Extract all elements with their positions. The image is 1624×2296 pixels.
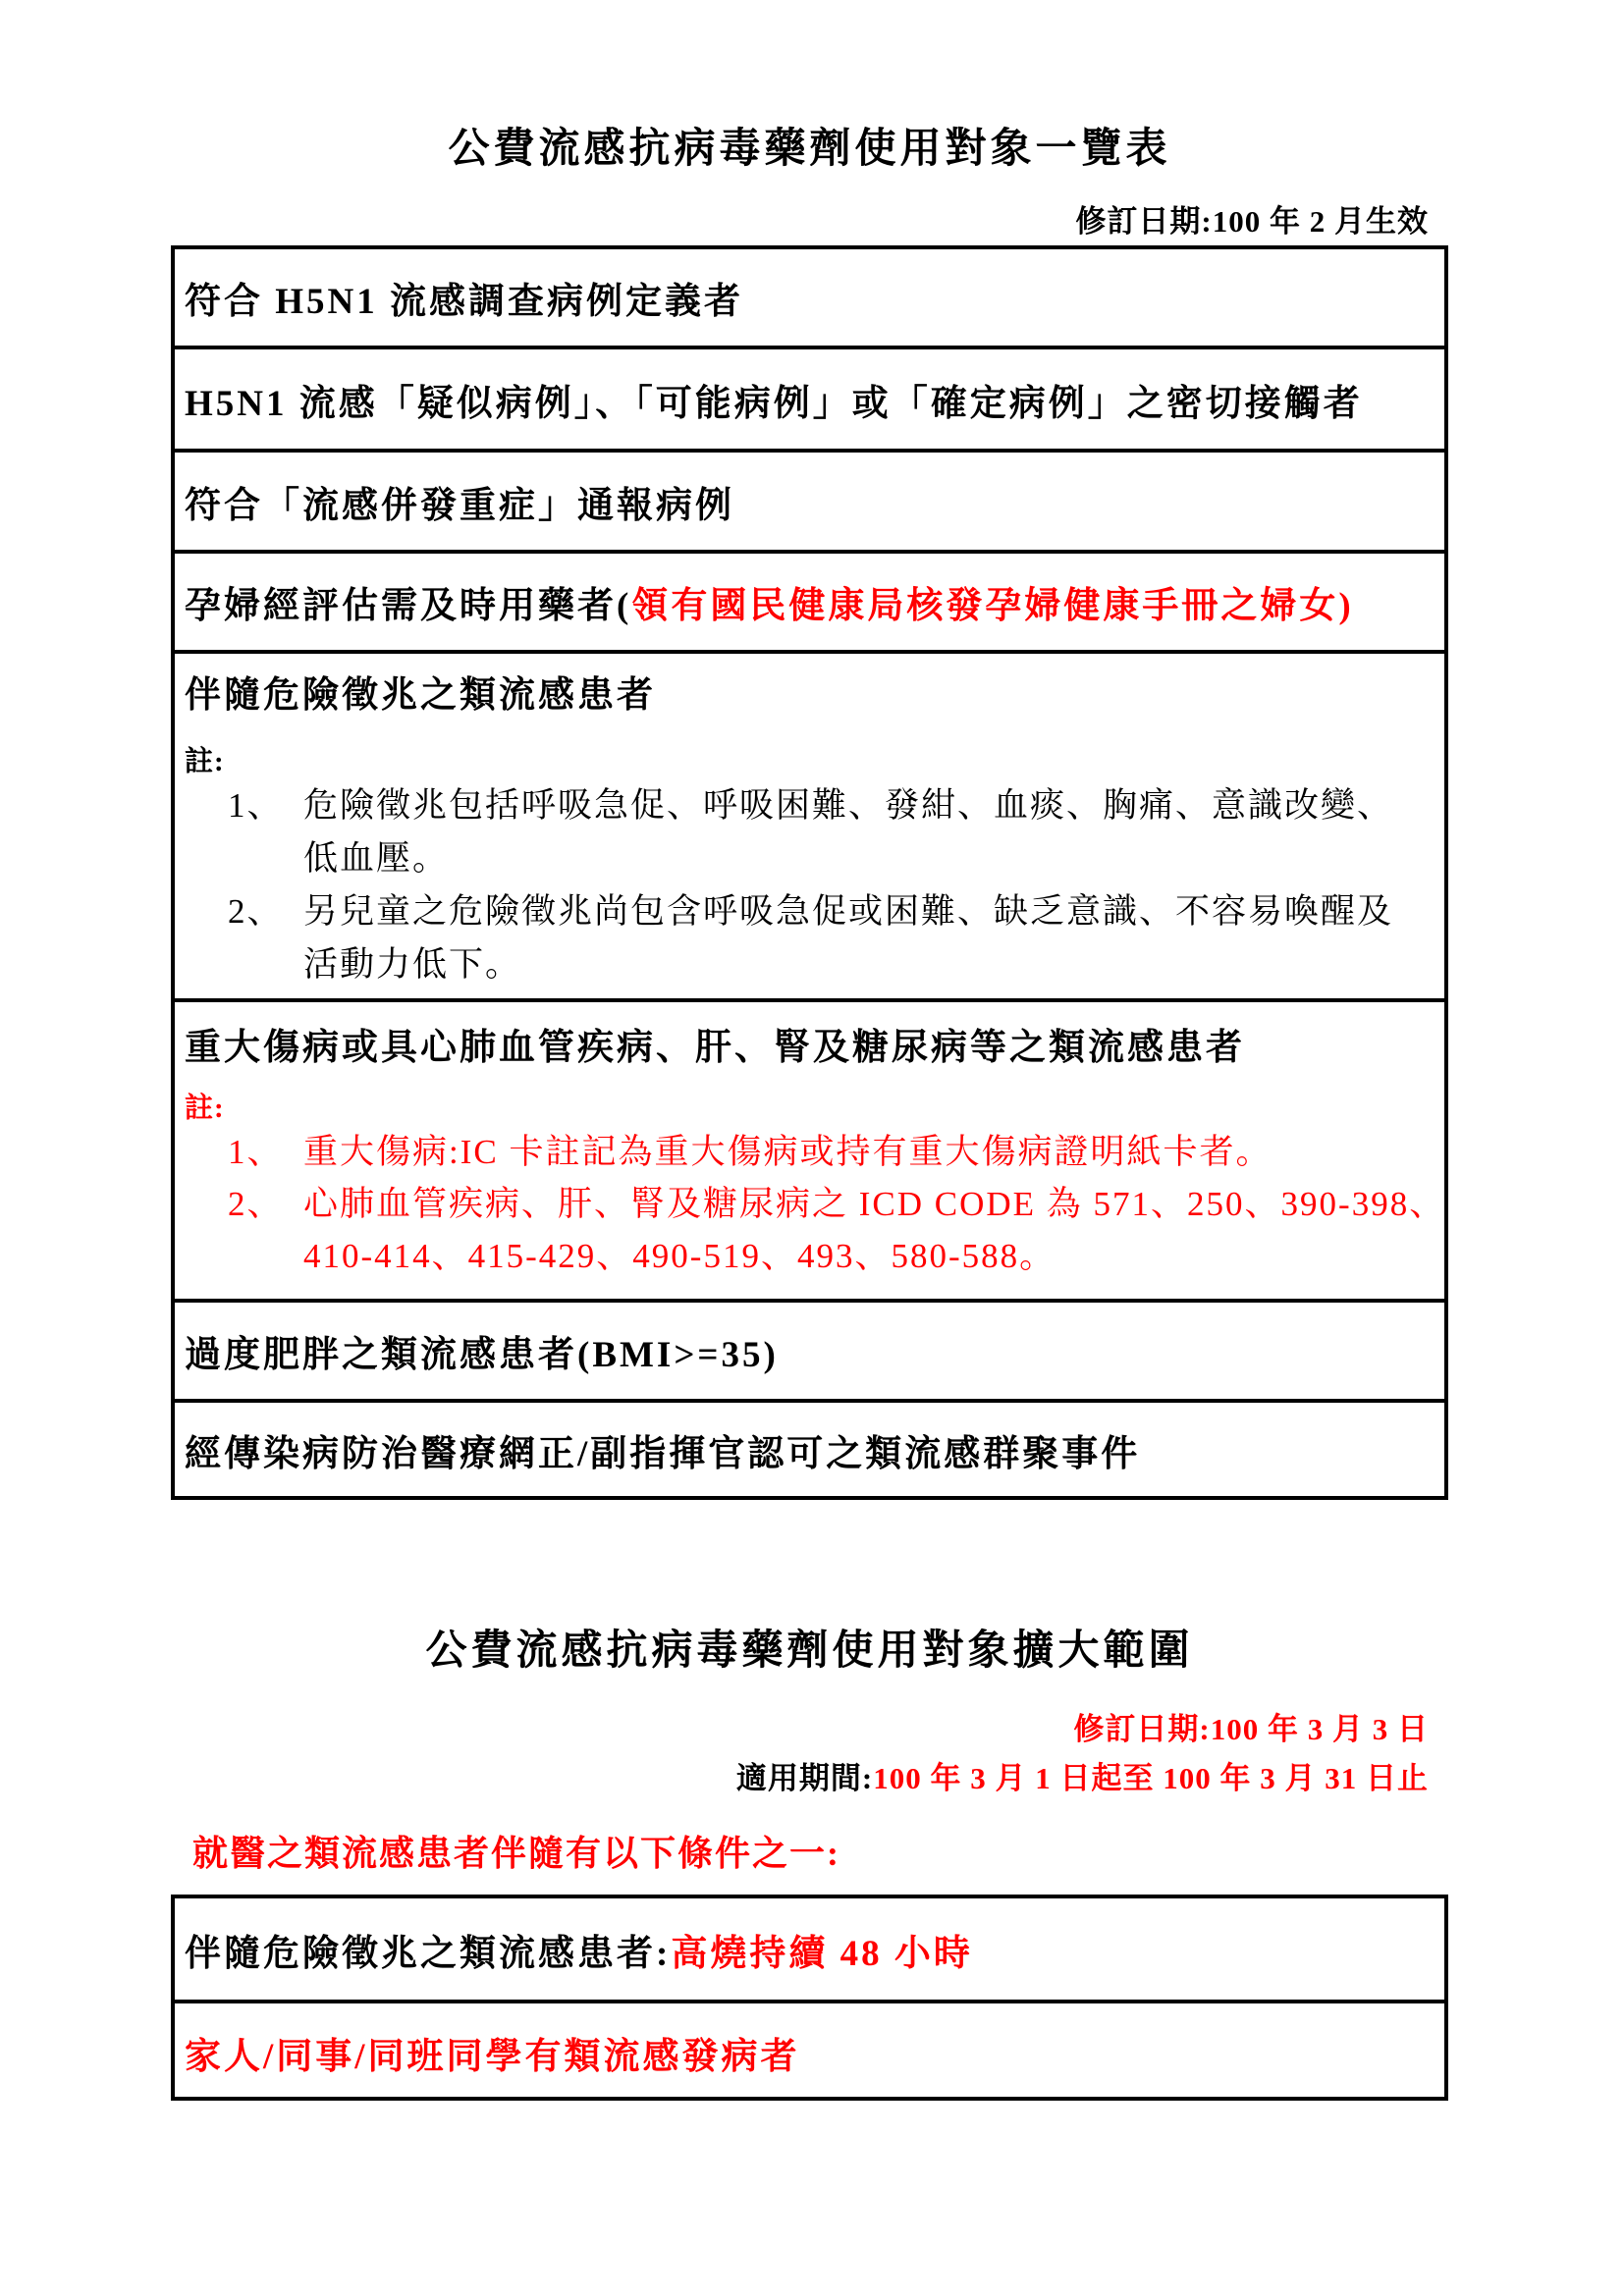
note-text: 410-414、415-429、490-519、493、580-588。 [303,1237,1056,1275]
note-text: 另兒童之危險徵兆尚包含呼吸急促或困難、缺乏意識、不容易喚醒及 [303,892,1393,931]
period-label: 適用期間: [736,1761,873,1795]
note-item-marker: 2、 [228,1178,284,1230]
note-item-2-line-1: 2、另兒童之危險徵兆尚包含呼吸急促或困難、缺乏意識、不容易喚醒及 [185,885,1444,938]
row-heading: 重大傷病或具心肺血管疾病、肝、腎及糖尿病等之類流感患者 [185,1002,1444,1071]
table-row-danger-sign-fever: 伴隨危險徵兆之類流感患者:高燒持續 48 小時 [175,1898,1444,2000]
note-text: 心肺血管疾病、肝、腎及糖尿病之 ICD CODE 為 571、250、390-3… [303,1185,1444,1223]
row-text: 經傳染病防治醫療網正/副指揮官認可之類流感群聚事件 [185,1423,1140,1476]
row-heading: 伴隨危險徵兆之類流感患者 [185,654,1444,719]
row-text-red: 家人/同事/同班同學有類流感發病者 [185,2026,800,2079]
page-title: 公費流感抗病毒藥劑使用對象一覽表 [171,116,1448,175]
revision-date-line-2: 修訂日期:100 年 3 月 3 日 [171,1704,1429,1748]
note-item-2-line-1: 2、心肺血管疾病、肝、腎及糖尿病之 ICD CODE 為 571、250、390… [185,1178,1444,1230]
note-label: 註: [185,744,1444,779]
note-item-2-line-2: 410-414、415-429、490-519、493、580-588。 [185,1230,1444,1282]
expanded-conditions-intro: 就醫之類流感患者伴隨有以下條件之一: [192,1826,840,1876]
table-row-major-illness: 重大傷病或具心肺血管疾病、肝、腎及糖尿病等之類流感患者 註: 1、重大傷病:IC… [175,998,1444,1299]
table-row-severe-complication-report: 符合「流感併發重症」通報病例 [175,449,1444,550]
row-text-black: 伴隨危險徵兆之類流感患者: [185,1923,671,1976]
note-text: 重大傷病:IC 卡註記為重大傷病或持有重大傷病證明紙卡者。 [303,1133,1272,1171]
row-text-red: 高燒持續 48 小時 [671,1923,973,1976]
applicable-period-line: 適用期間:100 年 3 月 1 日起至 100 年 3 月 31 日止 [171,1753,1429,1797]
expanded-scope-table: 伴隨危險徵兆之類流感患者:高燒持續 48 小時 家人/同事/同班同學有類流感發病… [171,1895,1448,2101]
table-row-family-coworker-classmate: 家人/同事/同班同學有類流感發病者 [175,2000,1444,2101]
row-text: 符合 H5N1 流感調查病例定義者 [185,271,743,324]
note-item-marker: 1、 [228,779,284,832]
expanded-scope-title: 公費流感抗病毒藥劑使用對象擴大範圍 [171,1618,1448,1677]
note-item-2-line-2: 活動力低下。 [185,938,1444,991]
eligibility-table: 符合 H5N1 流感調查病例定義者 H5N1 流感「疑似病例」、「可能病例」或「… [171,245,1448,1500]
revision-date-line: 修訂日期:100 年 2 月生效 [171,196,1429,240]
row-text: H5N1 流感「疑似病例」、「可能病例」或「確定病例」之密切接觸者 [185,373,1363,426]
row-text: 符合「流感併發重症」通報病例 [185,475,734,528]
table-row-h5n1-case-definition: 符合 H5N1 流感調查病例定義者 [175,249,1444,346]
note-text: 危險徵兆包括呼吸急促、呼吸困難、發紺、血痰、胸痛、意識改變、 [303,786,1393,825]
note-text: 活動力低下。 [303,945,521,984]
note-item-1-line-1: 1、危險徵兆包括呼吸急促、呼吸困難、發紺、血痰、胸痛、意識改變、 [185,779,1444,832]
table-row-danger-signs: 伴隨危險徵兆之類流感患者 註: 1、危險徵兆包括呼吸急促、呼吸困難、發紺、血痰、… [175,650,1444,998]
note-text: 低血壓。 [303,839,449,878]
table-row-pregnant-women: 孕婦經評估需及時用藥者(領有國民健康局核發孕婦健康手冊之婦女) [175,550,1444,650]
table-row-cluster-event: 經傳染病防治醫療網正/副指揮官認可之類流感群聚事件 [175,1399,1444,1496]
note-item-marker: 1、 [228,1126,284,1178]
note-item-1-line-2: 低血壓。 [185,832,1444,885]
row-text-black: 孕婦經評估需及時用藥者( [185,575,631,628]
note-label: 註: [185,1091,1444,1126]
document-page: 公費流感抗病毒藥劑使用對象一覽表 修訂日期:100 年 2 月生效 符合 H5N… [0,0,1624,2296]
table-row-h5n1-close-contact: H5N1 流感「疑似病例」、「可能病例」或「確定病例」之密切接觸者 [175,346,1444,449]
note-item-marker: 2、 [228,885,284,938]
row-text-red: 領有國民健康局核發孕婦健康手冊之婦女) [631,575,1353,628]
period-value: 100 年 3 月 1 日起至 100 年 3 月 31 日止 [873,1761,1429,1795]
row-text: 過度肥胖之類流感患者(BMI>=35) [185,1324,779,1377]
table-row-obesity: 過度肥胖之類流感患者(BMI>=35) [175,1299,1444,1399]
note-item-1-line-1: 1、重大傷病:IC 卡註記為重大傷病或持有重大傷病證明紙卡者。 [185,1126,1444,1178]
